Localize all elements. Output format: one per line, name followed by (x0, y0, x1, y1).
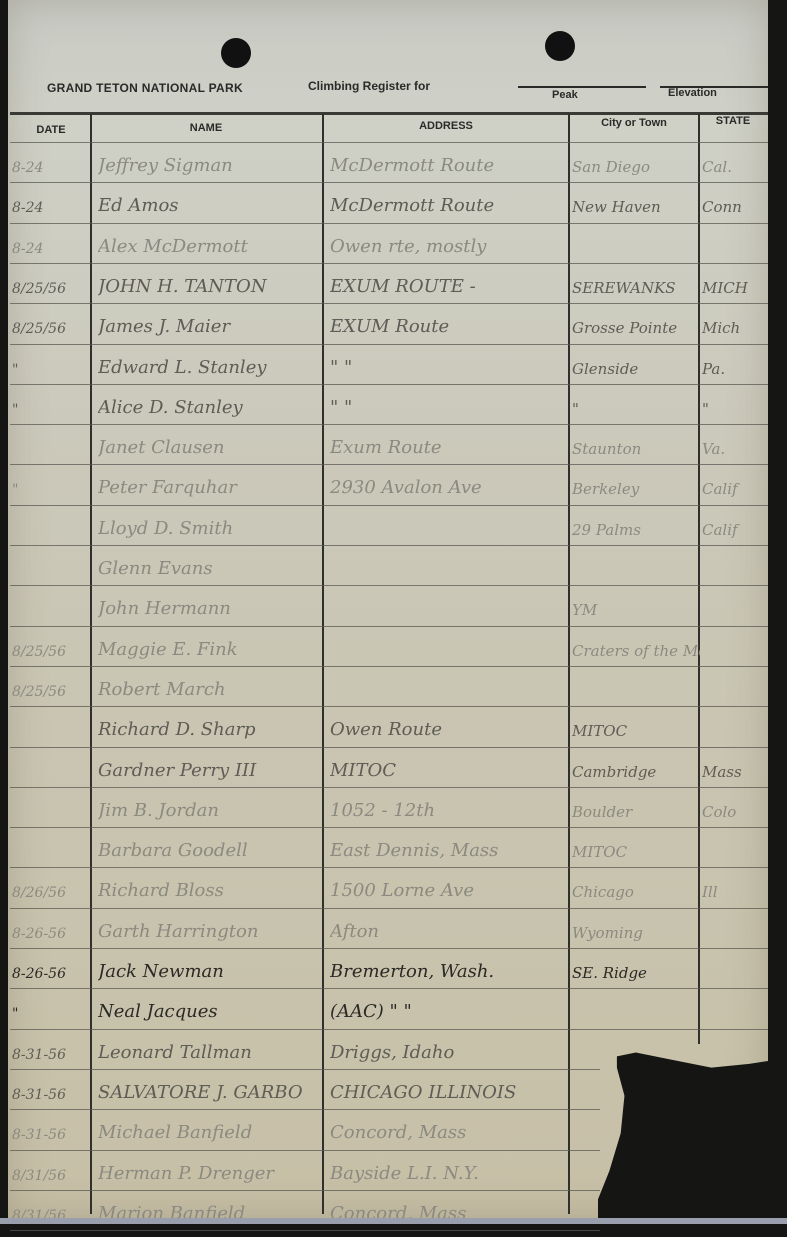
table-row: Glenn Evans (10, 545, 770, 585)
entry-address: McDermott Route (330, 195, 572, 216)
entry-address: 1052 - 12th (330, 800, 572, 821)
entry-date: 8-24 (12, 200, 90, 216)
entry-state: Pa. (702, 360, 768, 378)
entry-city: New Haven (572, 198, 700, 216)
entry-date: " (12, 362, 90, 378)
entry-state: Mass (702, 763, 768, 781)
entry-city: Chicago (572, 883, 700, 901)
entry-date: 8-26-56 (12, 926, 90, 942)
entry-date: 8-26-56 (12, 966, 90, 982)
table-row: Jim B. Jordan1052 - 12thBoulderColo (10, 787, 770, 827)
entry-name: Maggie E. Fink (98, 639, 326, 660)
entry-date: 8/25/56 (12, 644, 90, 660)
entry-state: Va. (702, 440, 768, 458)
entry-address: " " (330, 357, 572, 378)
entry-date: " (12, 402, 90, 418)
entry-date: 8/31/56 (12, 1168, 90, 1184)
table-row: "Alice D. Stanley" """ (10, 384, 770, 424)
table-row: "Neal Jacques(AAC) " " (10, 988, 770, 1028)
entry-address: EXUM ROUTE - (330, 276, 572, 297)
entry-address: Bremerton, Wash. (330, 961, 572, 982)
entry-address: Driggs, Idaho (330, 1042, 572, 1063)
entry-date: 8-31-56 (12, 1047, 90, 1063)
entry-address: (AAC) " " (330, 1001, 572, 1022)
table-row: 8-24Alex McDermottOwen rte, mostly (10, 223, 770, 263)
table-row: 8-26-56Jack NewmanBremerton, Wash.SE. Ri… (10, 948, 770, 988)
table-row: 8-26-56Garth HarringtonAftonWyoming (10, 908, 770, 948)
entry-city: Craters of the Moon N.M. (572, 642, 700, 660)
entry-address: Afton (330, 921, 572, 942)
entry-address: McDermott Route (330, 155, 572, 176)
entry-city: Cambridge (572, 763, 700, 781)
table-row: "Peter Farquhar2930 Avalon AveBerkeleyCa… (10, 464, 770, 504)
entry-address: Owen Route (330, 719, 572, 740)
entry-name: John Hermann (98, 598, 326, 619)
entry-name: James J. Maier (98, 316, 326, 337)
entry-address: " " (330, 397, 572, 418)
entry-city: San Diego (572, 158, 700, 176)
column-header-city: City or Town (570, 117, 698, 129)
entry-address: Exum Route (330, 437, 572, 458)
entry-city: Berkeley (572, 480, 700, 498)
entry-date: 8-24 (12, 160, 90, 176)
elevation-label: Elevation (668, 87, 717, 99)
table-row: "Edward L. Stanley" "GlensidePa. (10, 344, 770, 384)
entry-state: Ill (702, 883, 768, 901)
peak-label: Peak (552, 89, 578, 101)
entry-name: Richard D. Sharp (98, 719, 326, 740)
entry-name: Peter Farquhar (98, 477, 326, 498)
header-divider (10, 112, 768, 115)
entry-address: MITOC (330, 760, 572, 781)
entry-address: 1500 Lorne Ave (330, 880, 572, 901)
ruled-line (10, 1230, 600, 1231)
entry-state: Conn (702, 198, 768, 216)
entry-name: Robert March (98, 679, 326, 700)
entry-date: 8-31-56 (12, 1087, 90, 1103)
entry-name: Leonard Tallman (98, 1042, 326, 1063)
column-header-address: ADDRESS (324, 120, 568, 132)
park-title: GRAND TETON NATIONAL PARK (47, 81, 243, 95)
entry-name: Jeffrey Sigman (98, 155, 326, 176)
binder-hole (221, 38, 251, 68)
entry-name: Jim B. Jordan (98, 800, 326, 821)
entry-address: EXUM Route (330, 316, 572, 337)
entry-state: Calif (702, 521, 768, 539)
entry-city: SEREWANKS (572, 279, 700, 297)
entry-address: East Dennis, Mass (330, 840, 572, 861)
entry-city: Wyoming (572, 924, 700, 942)
table-row: 8/25/56James J. MaierEXUM RouteGrosse Po… (10, 303, 770, 343)
entry-city: " (572, 400, 700, 418)
entry-address: Bayside L.I. N.Y. (330, 1163, 572, 1184)
entry-name: Herman P. Drenger (98, 1163, 326, 1184)
table-row: Lloyd D. Smith29 PalmsCalif (10, 505, 770, 545)
register-label: Climbing Register for (308, 79, 430, 93)
binder-hole (545, 31, 575, 61)
entry-name: Michael Banfield (98, 1122, 326, 1143)
entry-name: Lloyd D. Smith (98, 518, 326, 539)
entry-state: Cal. (702, 158, 768, 176)
frame-edge (0, 1218, 787, 1224)
entry-name: JOHN H. TANTON (98, 276, 326, 297)
table-row: John HermannYM (10, 585, 770, 625)
entry-city: Staunton (572, 440, 700, 458)
entry-name: Janet Clausen (98, 437, 326, 458)
entry-date: 8/25/56 (12, 684, 90, 700)
entry-name: Gardner Perry III (98, 760, 326, 781)
entry-address: 2930 Avalon Ave (330, 477, 572, 498)
entry-name: Richard Bloss (98, 880, 326, 901)
entry-name: Glenn Evans (98, 558, 326, 579)
entry-city: Grosse Pointe (572, 319, 700, 337)
entry-date: " (12, 1006, 90, 1022)
entry-city: 29 Palms (572, 521, 700, 539)
entry-state: Mich (702, 319, 768, 337)
table-row: 8/25/56Maggie E. FinkCraters of the Moon… (10, 626, 770, 666)
entry-city: Boulder (572, 803, 700, 821)
entry-state: Colo (702, 803, 768, 821)
entry-state: " (702, 400, 768, 418)
entry-city: Glenside (572, 360, 700, 378)
entry-address: Concord, Mass (330, 1122, 572, 1143)
entry-name: SALVATORE J. GARBO (98, 1082, 326, 1103)
entry-name: Alex McDermott (98, 236, 326, 257)
entry-name: Alice D. Stanley (98, 397, 326, 418)
table-row: 8/26/56Richard Bloss1500 Lorne AveChicag… (10, 867, 770, 907)
table-row: Gardner Perry IIIMITOCCambridgeMass (10, 747, 770, 787)
column-header-date: DATE (12, 124, 90, 136)
entry-date: 8/26/56 (12, 885, 90, 901)
table-row: Richard D. SharpOwen RouteMITOC (10, 706, 770, 746)
entry-city: YM (572, 601, 700, 619)
entry-state: MICH (702, 279, 768, 297)
entry-date: 8/25/56 (12, 321, 90, 337)
table-row: Barbara GoodellEast Dennis, MassMITOC (10, 827, 770, 867)
entry-name: Garth Harrington (98, 921, 326, 942)
entry-address: CHICAGO ILLINOIS (330, 1082, 572, 1103)
table-row: 8-24Ed AmosMcDermott RouteNew HavenConn (10, 182, 770, 222)
entry-name: Neal Jacques (98, 1001, 326, 1022)
peak-line (518, 86, 646, 88)
table-row: Janet ClausenExum RouteStauntonVa. (10, 424, 770, 464)
entry-date: 8-24 (12, 241, 90, 257)
table-row: 8/25/56Robert March (10, 666, 770, 706)
entry-address: Owen rte, mostly (330, 236, 572, 257)
table-row: 8/25/56JOHN H. TANTONEXUM ROUTE -SEREWAN… (10, 263, 770, 303)
column-header-name: NAME (92, 122, 320, 134)
entry-city: MITOC (572, 843, 700, 861)
entry-city: MITOC (572, 722, 700, 740)
entry-date: " (12, 482, 90, 498)
column-header-state: STATE (700, 115, 766, 127)
table-row: 8-24Jeffrey SigmanMcDermott RouteSan Die… (10, 142, 770, 182)
entry-city: SE. Ridge (572, 964, 700, 982)
entry-date: 8/25/56 (12, 281, 90, 297)
entry-name: Edward L. Stanley (98, 357, 326, 378)
entry-state: Calif (702, 480, 768, 498)
entry-name: Jack Newman (98, 961, 326, 982)
entry-name: Ed Amos (98, 195, 326, 216)
entry-date: 8-31-56 (12, 1127, 90, 1143)
entry-name: Barbara Goodell (98, 840, 326, 861)
